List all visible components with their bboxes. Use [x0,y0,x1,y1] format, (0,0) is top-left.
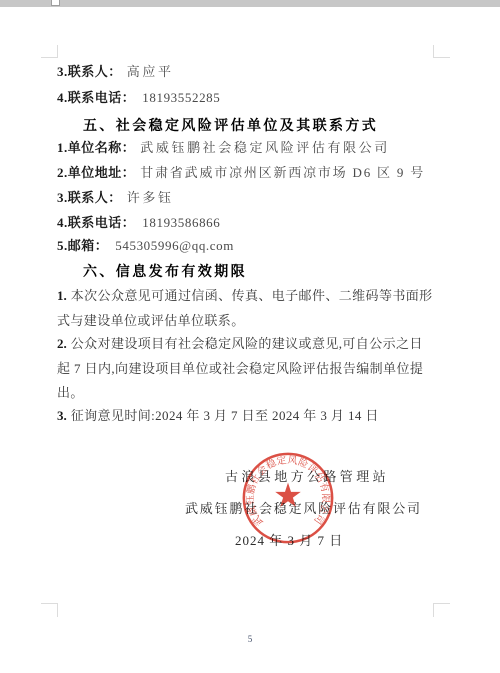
field-value: 18193586866 [142,215,220,230]
paragraph-number: 3. [57,408,67,423]
paragraph-number: 1. [57,288,67,303]
signature-org-assessment-company: 武威钰鹏社会稳定风险评估有限公司 [185,498,422,517]
margin-mark-top-left [57,45,58,58]
margin-mark-top-right [433,45,434,58]
signature-date: 2024 年 3 月 7 日 [235,530,343,549]
paragraph-text: 起 7 日内,向建设项目单位或社会稳定风险评估报告编制单位提 [57,361,423,376]
paragraph-line: 1.本次公众意见可通过信函、传真、电子邮件、二维码等书面形 [57,288,437,304]
paragraph-line: 出。 [57,385,437,401]
field-value: 18193552285 [142,90,220,105]
field-value: 甘肃省武威市凉州区新西凉市场 D6 区 9 号 [140,165,425,180]
page-number: 5 [0,634,500,644]
field-value: 高应平 [127,64,174,79]
field-value: 许多钰 [127,190,174,205]
unit-address-line: 2.单位地址：甘肃省武威市凉州区新西凉市场 D6 区 9 号 [57,165,437,181]
field-value: 545305996@qq.com [115,238,234,253]
unit-name-line: 1.单位名称：武威钰鹏社会稳定风险评估有限公司 [57,140,437,156]
page-edge-marker [51,0,60,6]
document-page: 3.联系人：高应平 4.联系电话：18193552285 五、社会稳定风险评估单… [0,0,500,673]
field-label: 4.联系电话： [57,90,135,105]
paragraph-text: 式与建设单位或评估单位联系。 [57,313,245,328]
paragraph-text: 征询意见时间:2024 年 3 月 7 日至 2024 年 3 月 14 日 [71,408,379,423]
signature-org-road-station: 古浪县地方公路管理站 [225,466,389,485]
contact-person-line: 3.联系人：高应平 [57,64,437,80]
section-5-heading: 五、社会稳定风险评估单位及其联系方式 [83,115,378,135]
field-label: 1.单位名称： [57,140,135,155]
field-label: 2.单位地址： [57,165,135,180]
margin-mark-bottom-left [41,603,58,604]
margin-mark-bottom-right [433,603,434,617]
paragraph-text: 出。 [57,385,84,400]
page-gap-bar [0,0,500,7]
paragraph-text: 公众对建设项目有社会稳定风险的建议或意见,可自公示之日 [71,336,423,351]
margin-mark-top-left [41,57,58,58]
paragraph-text: 本次公众意见可通过信函、传真、电子邮件、二维码等书面形 [71,288,433,303]
paragraph-number: 2. [57,336,67,351]
contact-phone-line: 4.联系电话：18193586866 [57,215,437,231]
field-label: 5.邮箱： [57,238,108,253]
paragraph-line: 2.公众对建设项目有社会稳定风险的建议或意见,可自公示之日 [57,336,437,352]
contact-phone-line: 4.联系电话：18193552285 [57,90,437,106]
paragraph-line: 式与建设单位或评估单位联系。 [57,313,437,329]
contact-person-line: 3.联系人：许多钰 [57,190,437,206]
margin-mark-bottom-left [57,603,58,617]
field-label: 3.联系人： [57,64,122,79]
field-label: 3.联系人： [57,190,122,205]
email-line: 5.邮箱：545305996@qq.com [57,238,437,254]
field-label: 4.联系电话： [57,215,135,230]
paragraph-line: 3.征询意见时间:2024 年 3 月 7 日至 2024 年 3 月 14 日 [57,408,437,424]
paragraph-line: 起 7 日内,向建设项目单位或社会稳定风险评估报告编制单位提 [57,361,437,377]
field-value: 武威钰鹏社会稳定风险评估有限公司 [140,140,390,155]
section-6-heading: 六、信息发布有效期限 [83,261,247,281]
margin-mark-top-right [433,57,450,58]
margin-mark-bottom-right [433,603,450,604]
